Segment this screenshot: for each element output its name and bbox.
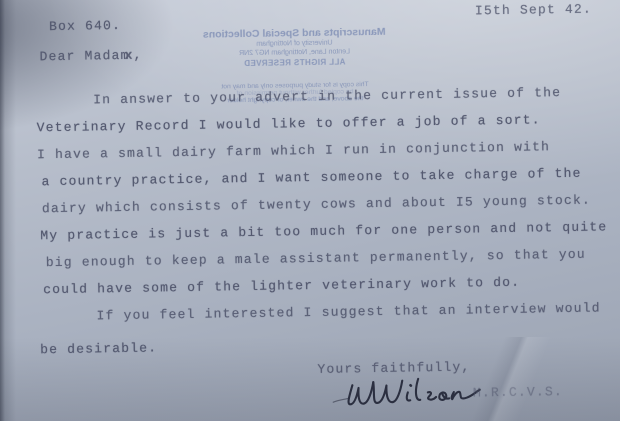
body-line: be desirable. — [40, 327, 609, 363]
salutation-text: Dear Madam — [39, 48, 129, 64]
typewritten-letter: Manuscripts and Special Collections Univ… — [0, 0, 620, 421]
letter-body: In answer to your advert in the current … — [36, 78, 609, 363]
salutation: Dear Madamx, — [39, 48, 142, 65]
signature-credentials: M.R.C.V.S. — [473, 384, 563, 400]
salutation-comma: , — [133, 48, 142, 63]
signature-row: M.R.C.V.S. — [319, 369, 620, 420]
letter-date: I5th Sept 42. — [475, 2, 592, 19]
letter-box-number: Box 640. — [49, 18, 121, 34]
letter-photo: Manuscripts and Special Collections Univ… — [0, 0, 620, 421]
signature-w-wilson — [330, 369, 482, 419]
stamp-line: ALL RIGHTS RESERVED — [186, 57, 404, 69]
overstrike-character: x — [124, 48, 133, 63]
